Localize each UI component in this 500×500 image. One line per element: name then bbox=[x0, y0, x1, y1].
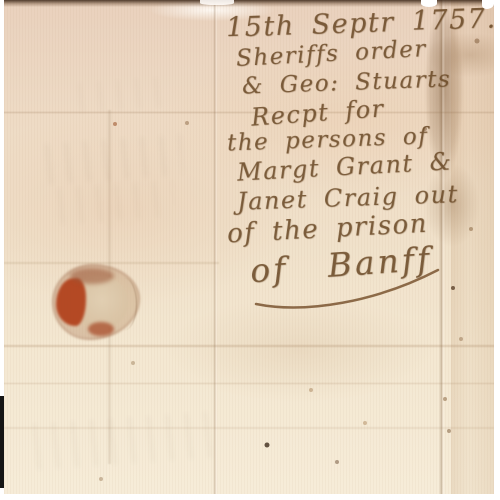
docket-line-3: & Geo: Stuarts bbox=[242, 66, 452, 99]
docket-line-date: 15th Septr 1757. bbox=[226, 3, 494, 43]
scan-left-edge-shadow bbox=[0, 396, 4, 488]
top-edge-tear-notch bbox=[421, 0, 437, 7]
top-edge-glare-gap bbox=[200, 0, 234, 5]
letter-paper: 15th Septr 1757. Sheriffs order & Geo: S… bbox=[4, 0, 494, 494]
scanned-letter: 15th Septr 1757. Sheriffs order & Geo: S… bbox=[0, 0, 500, 500]
handwritten-docket: 15th Septr 1757. Sheriffs order & Geo: S… bbox=[4, 0, 494, 494]
underline-flourish bbox=[246, 264, 446, 314]
